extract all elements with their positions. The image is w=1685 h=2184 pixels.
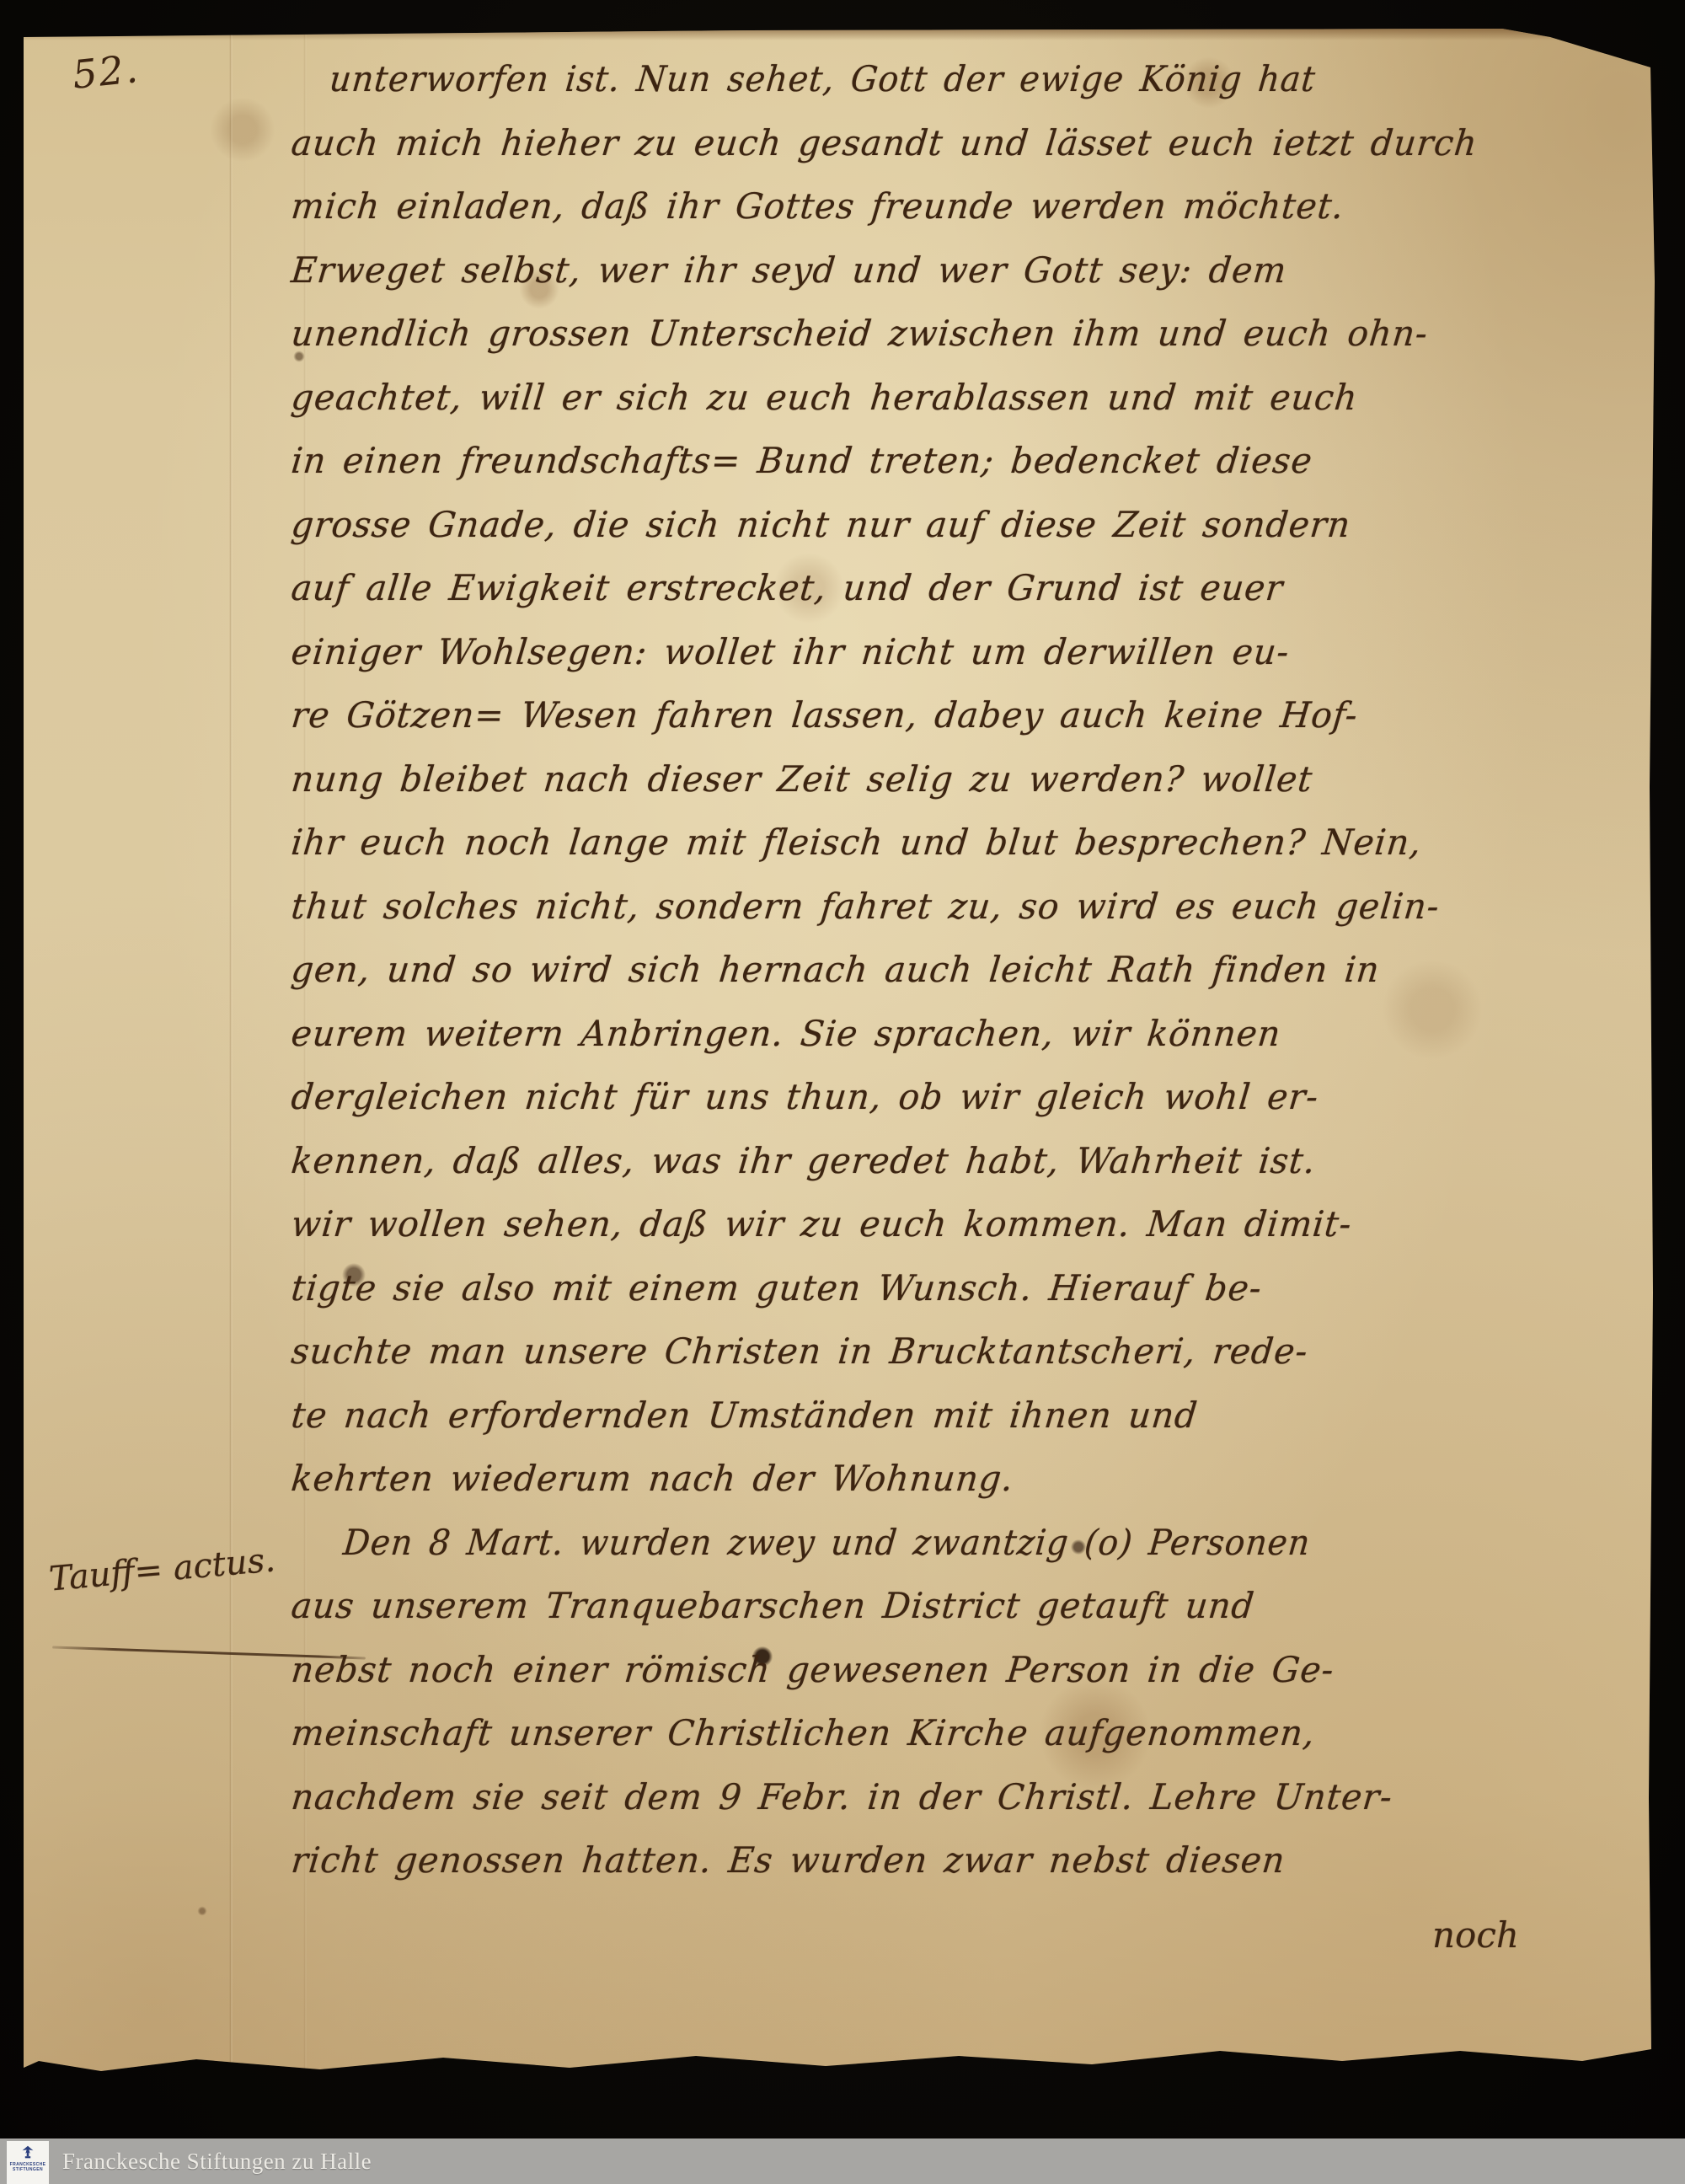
manuscript-line: auf alle Ewigkeit erstrecket, und der Gr… bbox=[288, 556, 1609, 620]
manuscript-text: unterworfen ist. Nun sehet, Gott der ewi… bbox=[292, 47, 1640, 1892]
manuscript-line: geachtet, will er sich zu euch herablass… bbox=[288, 366, 1609, 430]
manuscript-line: aus unserem Tranquebarschen District get… bbox=[288, 1574, 1609, 1638]
manuscript-line: auch mich hieher zu euch gesandt und läs… bbox=[288, 111, 1609, 175]
manuscript-line: Den 8 Mart. wurden zwey und zwantzig (o)… bbox=[288, 1511, 1554, 1575]
page-number: 52. bbox=[70, 45, 141, 98]
manuscript-line: kehrten wiederum nach der Wohnung. bbox=[288, 1447, 1609, 1511]
catchword: noch bbox=[1432, 1914, 1519, 1956]
footer-logo: FRANCKESCHE STIFTUNGEN bbox=[7, 2141, 49, 2184]
manuscript-scan: 52. unterworfen ist. Nun sehet, Gott der… bbox=[0, 0, 1685, 2184]
footer-title: Franckesche Stiftungen zu Halle bbox=[62, 2149, 372, 2175]
francke-foundations-emblem-icon bbox=[19, 2144, 37, 2162]
manuscript-line: unterworfen ist. Nun sehet, Gott der ewi… bbox=[288, 47, 1568, 111]
manuscript-page: 52. unterworfen ist. Nun sehet, Gott der… bbox=[24, 29, 1655, 2101]
footer-bar: FRANCKESCHE STIFTUNGEN Franckesche Stift… bbox=[0, 2138, 1685, 2184]
footer-logo-text-line2: STIFTUNGEN bbox=[13, 2167, 43, 2172]
manuscript-line: wir wollen sehen, daß wir zu euch kommen… bbox=[288, 1192, 1609, 1256]
manuscript-line: unendlich grossen Unterscheid zwischen i… bbox=[288, 302, 1609, 366]
manuscript-line: mich einladen, daß ihr Gottes freunde we… bbox=[288, 174, 1609, 238]
manuscript-line: nebst noch einer römisch gewesenen Perso… bbox=[288, 1638, 1609, 1702]
manuscript-line: meinschaft unserer Christlichen Kirche a… bbox=[288, 1701, 1609, 1765]
manuscript-line: eurem weitern Anbringen. Sie sprachen, w… bbox=[288, 1002, 1609, 1066]
manuscript-line: grosse Gnade, die sich nicht nur auf die… bbox=[288, 493, 1609, 557]
manuscript-line: thut solches nicht, sondern fahret zu, s… bbox=[288, 875, 1609, 939]
manuscript-line: suchte man unsere Christen in Brucktants… bbox=[288, 1319, 1609, 1384]
paper-crease bbox=[229, 29, 233, 2101]
manuscript-line: te nach erfordernden Umständen mit ihnen… bbox=[288, 1384, 1609, 1448]
manuscript-line: einiger Wohlsegen: wollet ihr nicht um d… bbox=[288, 620, 1609, 684]
manuscript-line: re Götzen= Wesen fahren lassen, dabey au… bbox=[288, 683, 1609, 747]
manuscript-line: in einen freundschafts= Bund treten; bed… bbox=[288, 429, 1609, 493]
margin-note: Tauff= actus. bbox=[48, 1540, 277, 1598]
manuscript-line: nung bleibet nach dieser Zeit selig zu w… bbox=[288, 747, 1609, 811]
manuscript-line: Erweget selbst, wer ihr seyd und wer Got… bbox=[288, 238, 1609, 302]
manuscript-line: ihr euch noch lange mit fleisch und blut… bbox=[288, 811, 1609, 875]
manuscript-line: nachdem sie seit dem 9 Febr. in der Chri… bbox=[288, 1765, 1609, 1829]
manuscript-line: dergleichen nicht für uns thun, ob wir g… bbox=[288, 1065, 1609, 1129]
manuscript-line: richt genossen hatten. Es wurden zwar ne… bbox=[288, 1828, 1609, 1892]
manuscript-line: tigte sie also mit einem guten Wunsch. H… bbox=[288, 1256, 1609, 1320]
manuscript-line: gen, und so wird sich hernach auch leich… bbox=[288, 938, 1609, 1002]
manuscript-line: kennen, daß alles, was ihr geredet habt,… bbox=[288, 1129, 1609, 1193]
